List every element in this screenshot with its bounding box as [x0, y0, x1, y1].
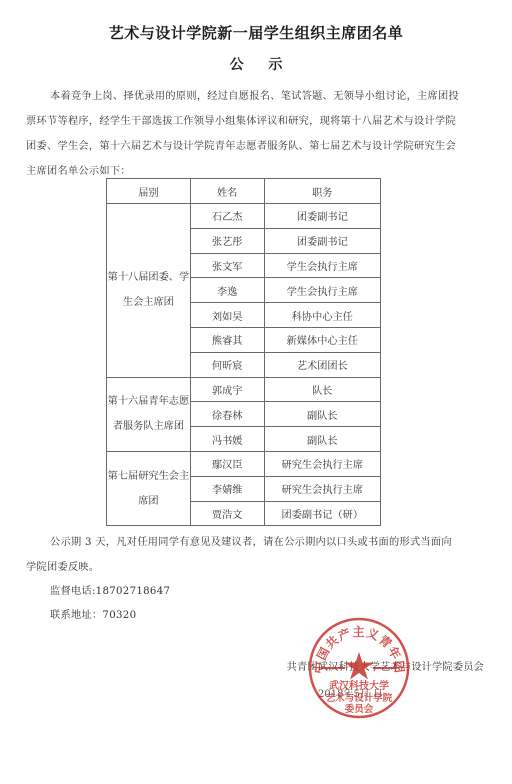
member-name: 鄢汉臣	[190, 451, 264, 476]
group-label: 第十八届团委、学生会主席团	[107, 204, 191, 378]
document-subtitle: 公 示	[0, 54, 512, 74]
table-header-row: 届别 姓名 职务	[107, 179, 381, 204]
header-name: 姓名	[190, 179, 264, 204]
header-term: 届别	[107, 179, 191, 204]
member-position: 副队长	[264, 402, 380, 427]
member-position: 新媒体中心主任	[264, 327, 380, 352]
member-name: 郭成宇	[190, 377, 264, 402]
member-name: 李逸	[190, 278, 264, 303]
group-label: 第七届研究生会主席团	[107, 451, 191, 525]
svg-text:武汉科技大学: 武汉科技大学	[329, 679, 389, 692]
member-position: 研究生会执行主席	[264, 476, 380, 501]
intro-paragraph: 本着竞争上岗、择优录用的原则，经过自愿报名、笔试答题、无领导小组讨论，主席团投票…	[26, 84, 462, 184]
member-name: 冯书媛	[190, 427, 264, 452]
member-name: 石乙杰	[190, 204, 264, 229]
member-position: 研究生会执行主席	[264, 451, 380, 476]
member-name: 李婧维	[190, 476, 264, 501]
group-label: 第十六届青年志愿者服务队主席团	[107, 377, 191, 451]
svg-text:委员会: 委员会	[345, 703, 374, 715]
member-name: 张艺彤	[190, 228, 264, 253]
member-name: 贾浩文	[190, 501, 264, 526]
table-row: 第七届研究生会主席团 鄢汉臣 研究生会执行主席	[107, 451, 381, 476]
svg-text:艺术与设计学院: 艺术与设计学院	[326, 692, 393, 704]
member-name: 张文军	[190, 253, 264, 278]
closing-paragraph: 公示期 3 天，凡对任用同学有意见及建议者，请在公示期内以口头或书面的形式当面向…	[26, 530, 462, 580]
member-position: 队长	[264, 377, 380, 402]
member-name: 刘如昊	[190, 303, 264, 328]
member-position: 学生会执行主席	[264, 278, 380, 303]
table-row: 第十六届青年志愿者服务队主席团 郭成宇 队长	[107, 377, 381, 402]
member-position: 团委副书记（研）	[264, 501, 380, 526]
member-position: 科协中心主任	[264, 303, 380, 328]
member-position: 团委副书记	[264, 228, 380, 253]
table-row: 第十八届团委、学生会主席团 石乙杰 团委副书记	[107, 204, 381, 229]
document-title: 艺术与设计学院新一届学生组织主席团名单	[0, 22, 512, 43]
header-position: 职务	[264, 179, 380, 204]
member-name: 熊睿其	[190, 327, 264, 352]
member-position: 艺术团团长	[264, 352, 380, 377]
member-position: 学生会执行主席	[264, 253, 380, 278]
supervision-phone: 监督电话:18702718647	[50, 582, 170, 597]
contact-address: 联系地址：70320	[50, 606, 136, 621]
roster-table: 届别 姓名 职务 第十八届团委、学生会主席团 石乙杰 团委副书记 张艺彤 团委副…	[106, 178, 381, 526]
member-name: 徐春林	[190, 402, 264, 427]
member-position: 团委副书记	[264, 204, 380, 229]
official-seal-icon: 中国共产主义青年团 武汉科技大学 艺术与设计学院 委员会	[307, 616, 411, 720]
member-position: 副队长	[264, 427, 380, 452]
member-name: 何昕宸	[190, 352, 264, 377]
